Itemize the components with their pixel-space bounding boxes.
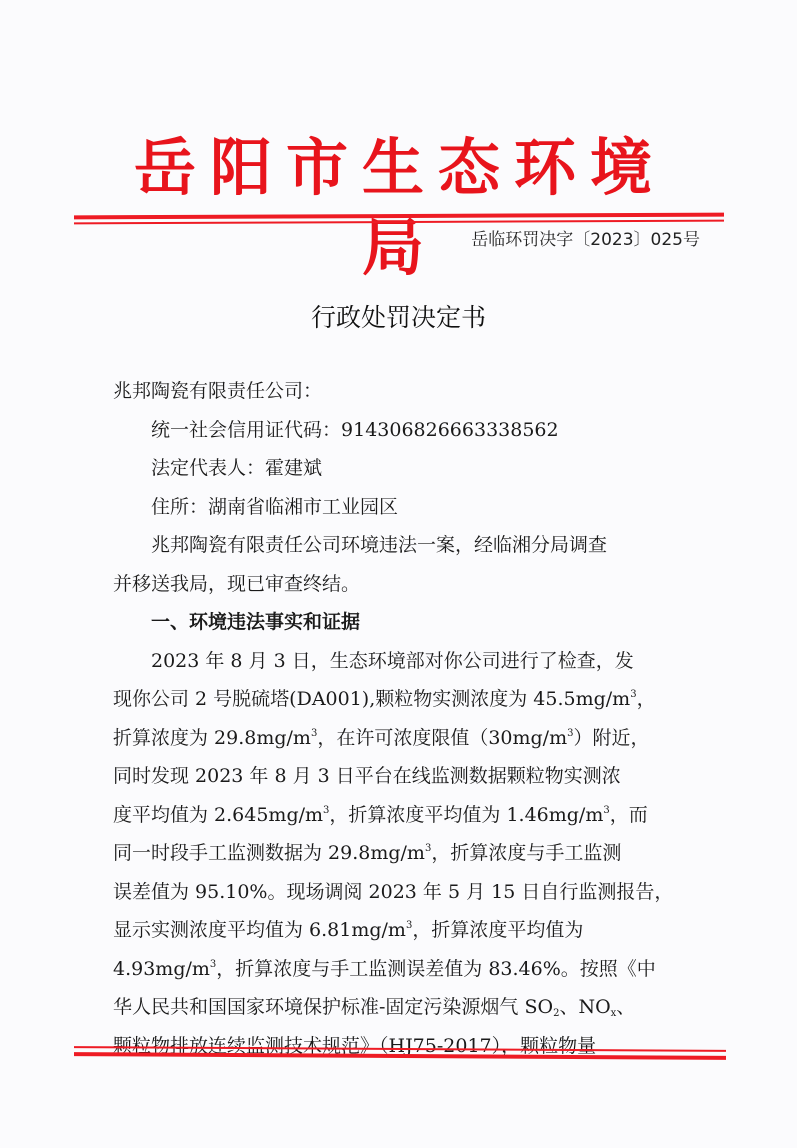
address-label: 住所： (151, 496, 208, 518)
facts-line-1: 2023 年 8 月 3 日，生态环境部对你公司进行了检查，发 (113, 642, 703, 681)
facts-line-2: 现你公司 2 号脱硫塔(DA001),颗粒物实测浓度为 45.5mg/m3， (113, 680, 703, 719)
facts-line-9: 4.93mg/m3，折算浓度与手工监测误差值为 83.46%。按照《中 (113, 950, 703, 989)
legal-rep-label: 法定代表人： (151, 457, 265, 479)
section-heading-facts: 一、环境违法事实和证据 (113, 603, 703, 642)
facts-line-3: 折算浓度为 29.8mg/m3，在许可浓度限值（30mg/m3）附近， (113, 719, 703, 758)
agency-masthead: 岳阳市生态环境局 (100, 128, 700, 288)
legal-rep-value: 霍建斌 (265, 457, 322, 479)
recipient-name: 兆邦陶瓷有限责任公司： (113, 372, 703, 411)
credit-code-value: 914306826663338562 (341, 419, 559, 441)
address-value: 湖南省临湘市工业园区 (208, 496, 398, 518)
intro-paragraph-line-2: 并移送我局，现已审查终结。 (113, 565, 703, 604)
legal-rep-line: 法定代表人：霍建斌 (113, 449, 703, 488)
facts-line-6: 同一时段手工监测数据为 29.8mg/m3，折算浓度与手工监测 (113, 834, 703, 873)
facts-line-4: 同时发现 2023 年 8 月 3 日平台在线监测数据颗粒物实测浓 (113, 757, 703, 796)
document-number: 岳临环罚决字〔2023〕025号 (400, 227, 700, 253)
document-body: 兆邦陶瓷有限责任公司： 统一社会信用证代码：914306826663338562… (113, 372, 703, 1065)
credit-code-label: 统一社会信用证代码： (151, 419, 341, 441)
facts-line-10: 华人民共和国国家环境保护标准-固定污染源烟气 SO2、NOx、 (113, 988, 703, 1027)
document-page: 岳阳市生态环境局 岳临环罚决字〔2023〕025号 行政处罚决定书 兆邦陶瓷有限… (0, 0, 797, 1148)
document-title: 行政处罚决定书 (0, 298, 797, 338)
facts-line-5: 度平均值为 2.645mg/m3，折算浓度平均值为 1.46mg/m3，而 (113, 796, 703, 835)
intro-paragraph-line-1: 兆邦陶瓷有限责任公司环境违法一案，经临湘分局调查 (113, 526, 703, 565)
credit-code-line: 统一社会信用证代码：914306826663338562 (113, 411, 703, 450)
address-line: 住所：湖南省临湘市工业园区 (113, 488, 703, 527)
facts-line-8: 显示实测浓度平均值为 6.81mg/m3，折算浓度平均值为 (113, 911, 703, 950)
facts-line-7: 误差值为 95.10%。现场调阅 2023 年 5 月 15 日自行监测报告， (113, 873, 703, 912)
